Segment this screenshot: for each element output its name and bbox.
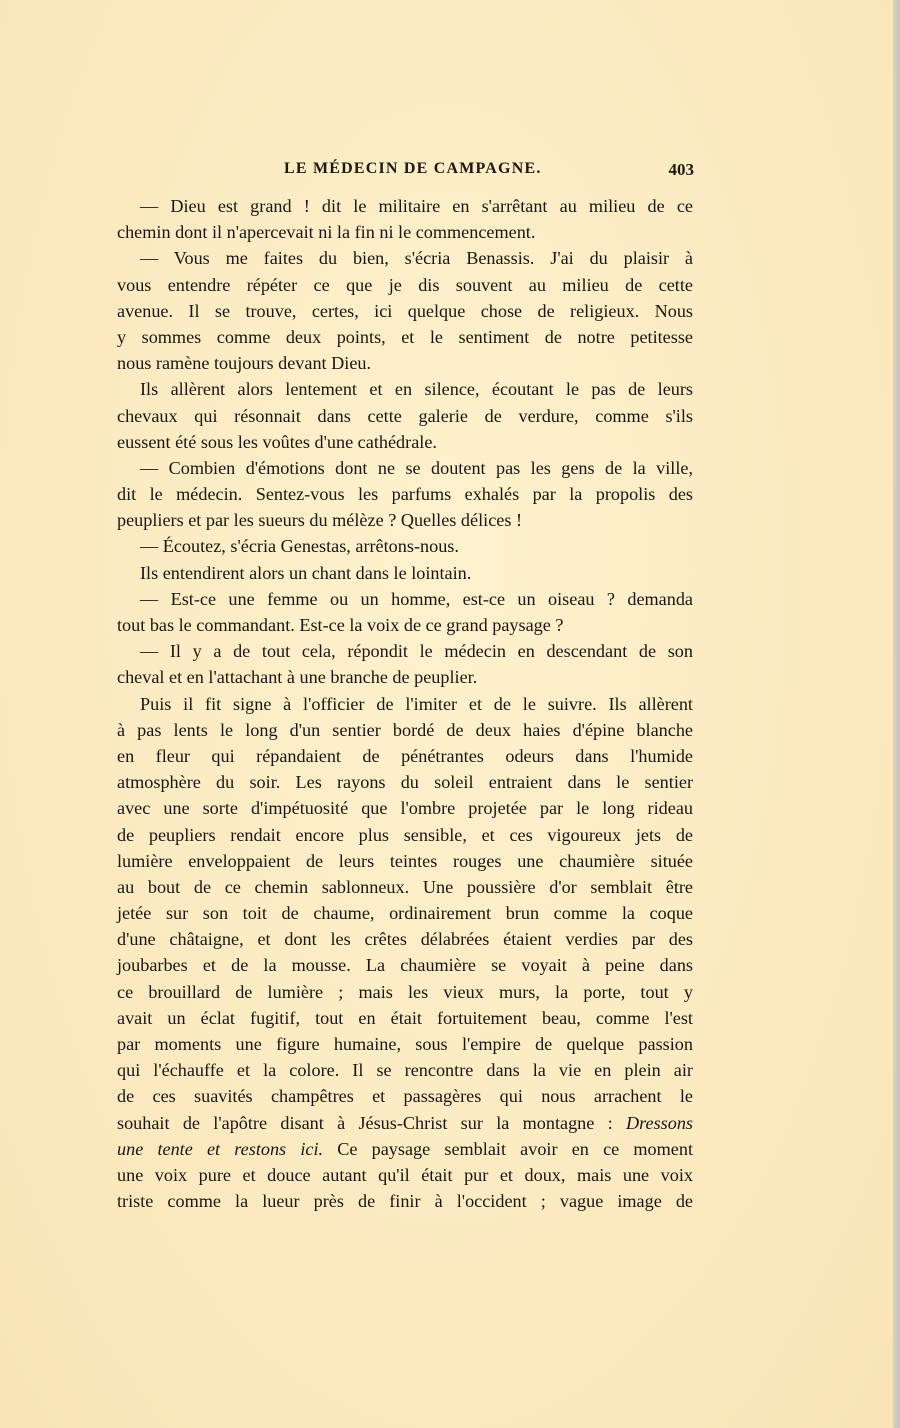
line-text: Ce paysage semblait avoir en ce moment [337,1139,693,1159]
line-text: triste comme la lueur près de finir à l'… [117,1191,693,1211]
text-line: lumière enveloppaient de leurs teintes r… [117,848,693,874]
line-text: à pas lents le long d'un sentier bordé d… [117,720,693,740]
text-line: de peupliers rendait encore plus sensibl… [117,822,693,848]
line-text: vous entendre répéter ce que je dis souv… [117,275,693,295]
text-line: — Dieu est grand ! dit le militaire en s… [117,193,693,219]
line-text: — Il y a de tout cela, répondit le médec… [140,641,693,661]
text-line: souhait de l'apôtre disant à Jésus-Chris… [117,1110,693,1136]
text-line: — Écoutez, s'écria Genestas, arrêtons-no… [117,533,693,559]
text-line: atmosphère du soir. Les rayons du soleil… [117,769,693,795]
line-text: cheval et en l'attachant à une branche d… [117,667,477,687]
text-line: Ils allèrent alors lentement et en silen… [117,376,693,402]
text-line: avenue. Il se trouve, certes, ici quelqu… [117,298,693,324]
line-text: d'une châtaigne, et dont les crêtes déla… [117,929,693,949]
line-text: Ils entendirent alors un chant dans le l… [140,563,471,583]
line-text: une voix pure et douce autant qu'il étai… [117,1165,693,1185]
running-title: LE MÉDECIN DE CAMPAGNE. [284,160,542,178]
line-text: au bout de ce chemin sablonneux. Une pou… [117,877,693,897]
line-text: tout bas le commandant. Est-ce la voix d… [117,615,563,635]
line-text: souhait de l'apôtre disant à Jésus-Chris… [117,1113,613,1133]
page-edge [893,0,900,1428]
text-line: eussent été sous les voûtes d'une cathéd… [117,429,693,455]
line-text: — Écoutez, s'écria Genestas, arrêtons-no… [140,536,459,556]
line-text: de ces suavités champêtres et passagères… [117,1086,693,1106]
text-line: — Vous me faites du bien, s'écria Benass… [117,245,693,271]
line-text: atmosphère du soir. Les rayons du soleil… [117,772,693,792]
line-text: jetée sur son toit de chaume, ordinairem… [117,903,693,923]
line-text: par moments une figure humaine, sous l'e… [117,1034,693,1054]
line-text: avenue. Il se trouve, certes, ici quelqu… [117,301,693,321]
text-line: joubarbes et de la mousse. La chaumière … [117,952,693,978]
text-line: au bout de ce chemin sablonneux. Une pou… [117,874,693,900]
text-line: une tente et restons ici. Ce paysage sem… [117,1136,693,1162]
text-line: par moments une figure humaine, sous l'e… [117,1031,693,1057]
text-line: d'une châtaigne, et dont les crêtes déla… [117,926,693,952]
text-line: triste comme la lueur près de finir à l'… [117,1188,693,1214]
line-text: Puis il fit signe à l'officier de l'imit… [140,694,693,714]
page-header: LE MÉDECIN DE CAMPAGNE. 403 [284,160,694,184]
line-text: eussent été sous les voûtes d'une cathéd… [117,432,437,452]
line-text: en fleur qui répandaient de pénétrantes … [117,746,693,766]
text-line: y sommes comme deux points, et le sentim… [117,324,693,350]
line-text: ce brouillard de lumière ; mais les vieu… [117,982,693,1002]
text-line: ce brouillard de lumière ; mais les vieu… [117,979,693,1005]
line-text: — Dieu est grand ! dit le militaire en s… [140,196,693,216]
body-text: — Dieu est grand ! dit le militaire en s… [117,193,693,1214]
line-text: nous ramène toujours devant Dieu. [117,353,371,373]
text-line: Ils entendirent alors un chant dans le l… [117,560,693,586]
text-line: chemin dont il n'apercevait ni la fin ni… [117,219,693,245]
line-text: avec une sorte d'impétuosité que l'ombre… [117,798,693,818]
text-line: vous entendre répéter ce que je dis souv… [117,272,693,298]
text-line: une voix pure et douce autant qu'il étai… [117,1162,693,1188]
line-text: qui l'échauffe et la colore. Il se renco… [117,1060,693,1080]
text-line: nous ramène toujours devant Dieu. [117,350,693,376]
line-text: de peupliers rendait encore plus sensibl… [117,825,693,845]
text-line: chevaux qui résonnait dans cette galerie… [117,403,693,429]
line-text: chevaux qui résonnait dans cette galerie… [117,406,693,426]
text-line: à pas lents le long d'un sentier bordé d… [117,717,693,743]
text-line: — Est-ce une femme ou un homme, est-ce u… [117,586,693,612]
text-line: — Combien d'émotions dont ne se doutent … [117,455,693,481]
italic-quote: Dressons [626,1113,693,1133]
text-line: dit le médecin. Sentez-vous les parfums … [117,481,693,507]
text-line: jetée sur son toit de chaume, ordinairem… [117,900,693,926]
text-line: tout bas le commandant. Est-ce la voix d… [117,612,693,638]
line-text: — Vous me faites du bien, s'écria Benass… [140,248,693,268]
page-number: 403 [669,160,695,180]
line-text: dit le médecin. Sentez-vous les parfums … [117,484,693,504]
line-text: lumière enveloppaient de leurs teintes r… [117,851,693,871]
text-line: peupliers et par les sueurs du mélèze ? … [117,507,693,533]
line-text: — Combien d'émotions dont ne se doutent … [140,458,693,478]
line-text: chemin dont il n'apercevait ni la fin ni… [117,222,535,242]
text-line: qui l'échauffe et la colore. Il se renco… [117,1057,693,1083]
italic-quote: une tente et restons ici. [117,1139,323,1159]
line-text: peupliers et par les sueurs du mélèze ? … [117,510,522,530]
line-text: avait un éclat fugitif, tout en était fo… [117,1008,693,1028]
book-page: LE MÉDECIN DE CAMPAGNE. 403 — Dieu est g… [0,0,893,1428]
line-text: y sommes comme deux points, et le sentim… [117,327,693,347]
text-line: Puis il fit signe à l'officier de l'imit… [117,691,693,717]
text-line: en fleur qui répandaient de pénétrantes … [117,743,693,769]
line-text: — Est-ce une femme ou un homme, est-ce u… [140,589,693,609]
text-line: avait un éclat fugitif, tout en était fo… [117,1005,693,1031]
text-line: cheval et en l'attachant à une branche d… [117,664,693,690]
line-text: Ils allèrent alors lentement et en silen… [140,379,693,399]
line-text: joubarbes et de la mousse. La chaumière … [117,955,693,975]
text-line: de ces suavités champêtres et passagères… [117,1083,693,1109]
text-line: — Il y a de tout cela, répondit le médec… [117,638,693,664]
text-line: avec une sorte d'impétuosité que l'ombre… [117,795,693,821]
